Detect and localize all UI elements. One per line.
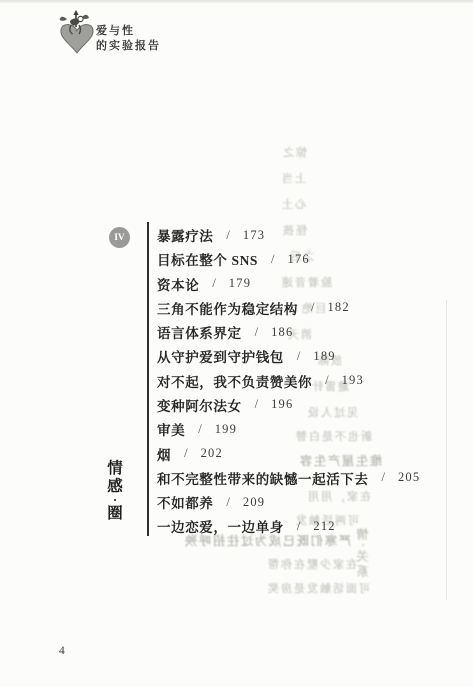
toc-item: 审美/199	[157, 417, 420, 441]
toc-separator: /	[325, 373, 328, 388]
toc-item-title: 从守护爱到守护钱包	[157, 346, 284, 366]
toc-item-page: 199	[215, 422, 237, 437]
toc-item-page: 173	[243, 228, 265, 243]
toc-separator: /	[212, 276, 215, 291]
toc-item-title: 烟	[157, 444, 171, 464]
book-title-line2: 的实验报告	[96, 39, 161, 54]
toc-item-page: 212	[313, 519, 335, 534]
toc-item-page: 182	[327, 300, 349, 315]
toc-item-page: 202	[201, 446, 223, 461]
toc-separator: /	[311, 300, 314, 315]
side-label: 情感·圈	[106, 460, 124, 523]
toc-item-page: 209	[243, 495, 265, 510]
side-label-char: 情	[107, 460, 123, 478]
scan-edge	[0, 0, 473, 3]
toc-item: 语言体系界定/186	[157, 320, 420, 344]
toc-item-title: 审美	[157, 419, 185, 439]
toc-item-page: 176	[288, 252, 310, 267]
toc-item-title: 资本论	[157, 274, 199, 294]
toc-item: 烟/202	[157, 441, 420, 465]
book-title-line1: 爱与性	[96, 24, 161, 39]
toc-separator: /	[226, 228, 229, 243]
toc-list: 暴露疗法/173目标在整个 SNS/176资本论/179三角不能作为稳定结构/1…	[157, 223, 420, 538]
side-label-char: 圈	[107, 505, 123, 523]
toc-item: 从守护爱到守护钱包/189	[157, 344, 420, 368]
side-label-char: ·	[113, 495, 117, 505]
cupid-on-heart-icon	[56, 10, 98, 60]
cupid-on-heart-svg	[56, 10, 98, 60]
toc-separator: /	[255, 325, 258, 340]
toc-item-title: 一边恋爱，一边单身	[157, 516, 284, 536]
toc-item-title: 三角不能作为稳定结构	[157, 298, 298, 318]
bleedthrough-text: 上当	[280, 170, 306, 186]
toc-item-page: 179	[229, 276, 251, 291]
page-number: 4	[59, 645, 65, 657]
toc-item-page: 196	[271, 397, 293, 412]
toc-item-title: 目标在整个 SNS	[157, 249, 258, 269]
toc-item-title: 语言体系界定	[157, 322, 242, 342]
toc-separator: /	[297, 349, 300, 364]
bleedthrough-text: 可面话触发是房奖	[266, 580, 370, 596]
toc-separator: /	[255, 397, 258, 412]
book-title: 爱与性 的实验报告	[96, 24, 161, 54]
toc-separator: /	[382, 470, 385, 485]
book-page: 惊之上当心土怪孩之后脸着音速巨绝消天放陈避雷针见过人设新也不是白替维生屋产生容在…	[0, 0, 473, 687]
toc-separator: /	[271, 252, 274, 267]
toc-item-page: 193	[342, 373, 364, 388]
toc-item: 和不完整性带来的缺憾一起活下去/205	[157, 466, 420, 490]
section-marker-label: IV	[114, 233, 125, 243]
bleedthrough-rule	[446, 300, 447, 600]
toc-divider-rule	[147, 222, 149, 536]
bleedthrough-text: 心土	[280, 196, 306, 212]
toc-item-page: 189	[313, 349, 335, 364]
toc-separator: /	[198, 422, 201, 437]
toc-item: 目标在整个 SNS/176	[157, 247, 420, 271]
toc-item-title: 暴露疗法	[157, 225, 213, 245]
toc-item-page: 186	[271, 325, 293, 340]
bleedthrough-text: 在家少墅在你帮	[266, 556, 357, 572]
toc-separator: /	[297, 519, 300, 534]
toc-item: 一边恋爱，一边单身/212	[157, 514, 420, 538]
toc-item: 变种阿尔法女/196	[157, 393, 420, 417]
bleedthrough-text: 惊之	[281, 144, 307, 160]
toc-item: 资本论/179	[157, 272, 420, 296]
toc-separator: /	[184, 446, 187, 461]
toc-item: 三角不能作为稳定结构/182	[157, 296, 420, 320]
section-marker-badge: IV	[109, 227, 130, 248]
toc-item-title: 对不起，我不负责赞美你	[157, 371, 312, 391]
toc-item: 不如都养/209	[157, 490, 420, 514]
toc-item: 暴露疗法/173	[157, 223, 420, 247]
toc-item-title: 和不完整性带来的缺憾一起活下去	[157, 468, 369, 488]
toc-item: 对不起，我不负责赞美你/193	[157, 369, 420, 393]
toc-separator: /	[226, 495, 229, 510]
toc-item-page: 205	[398, 470, 420, 485]
toc-item-title: 变种阿尔法女	[157, 395, 242, 415]
toc-item-title: 不如都养	[157, 492, 213, 512]
